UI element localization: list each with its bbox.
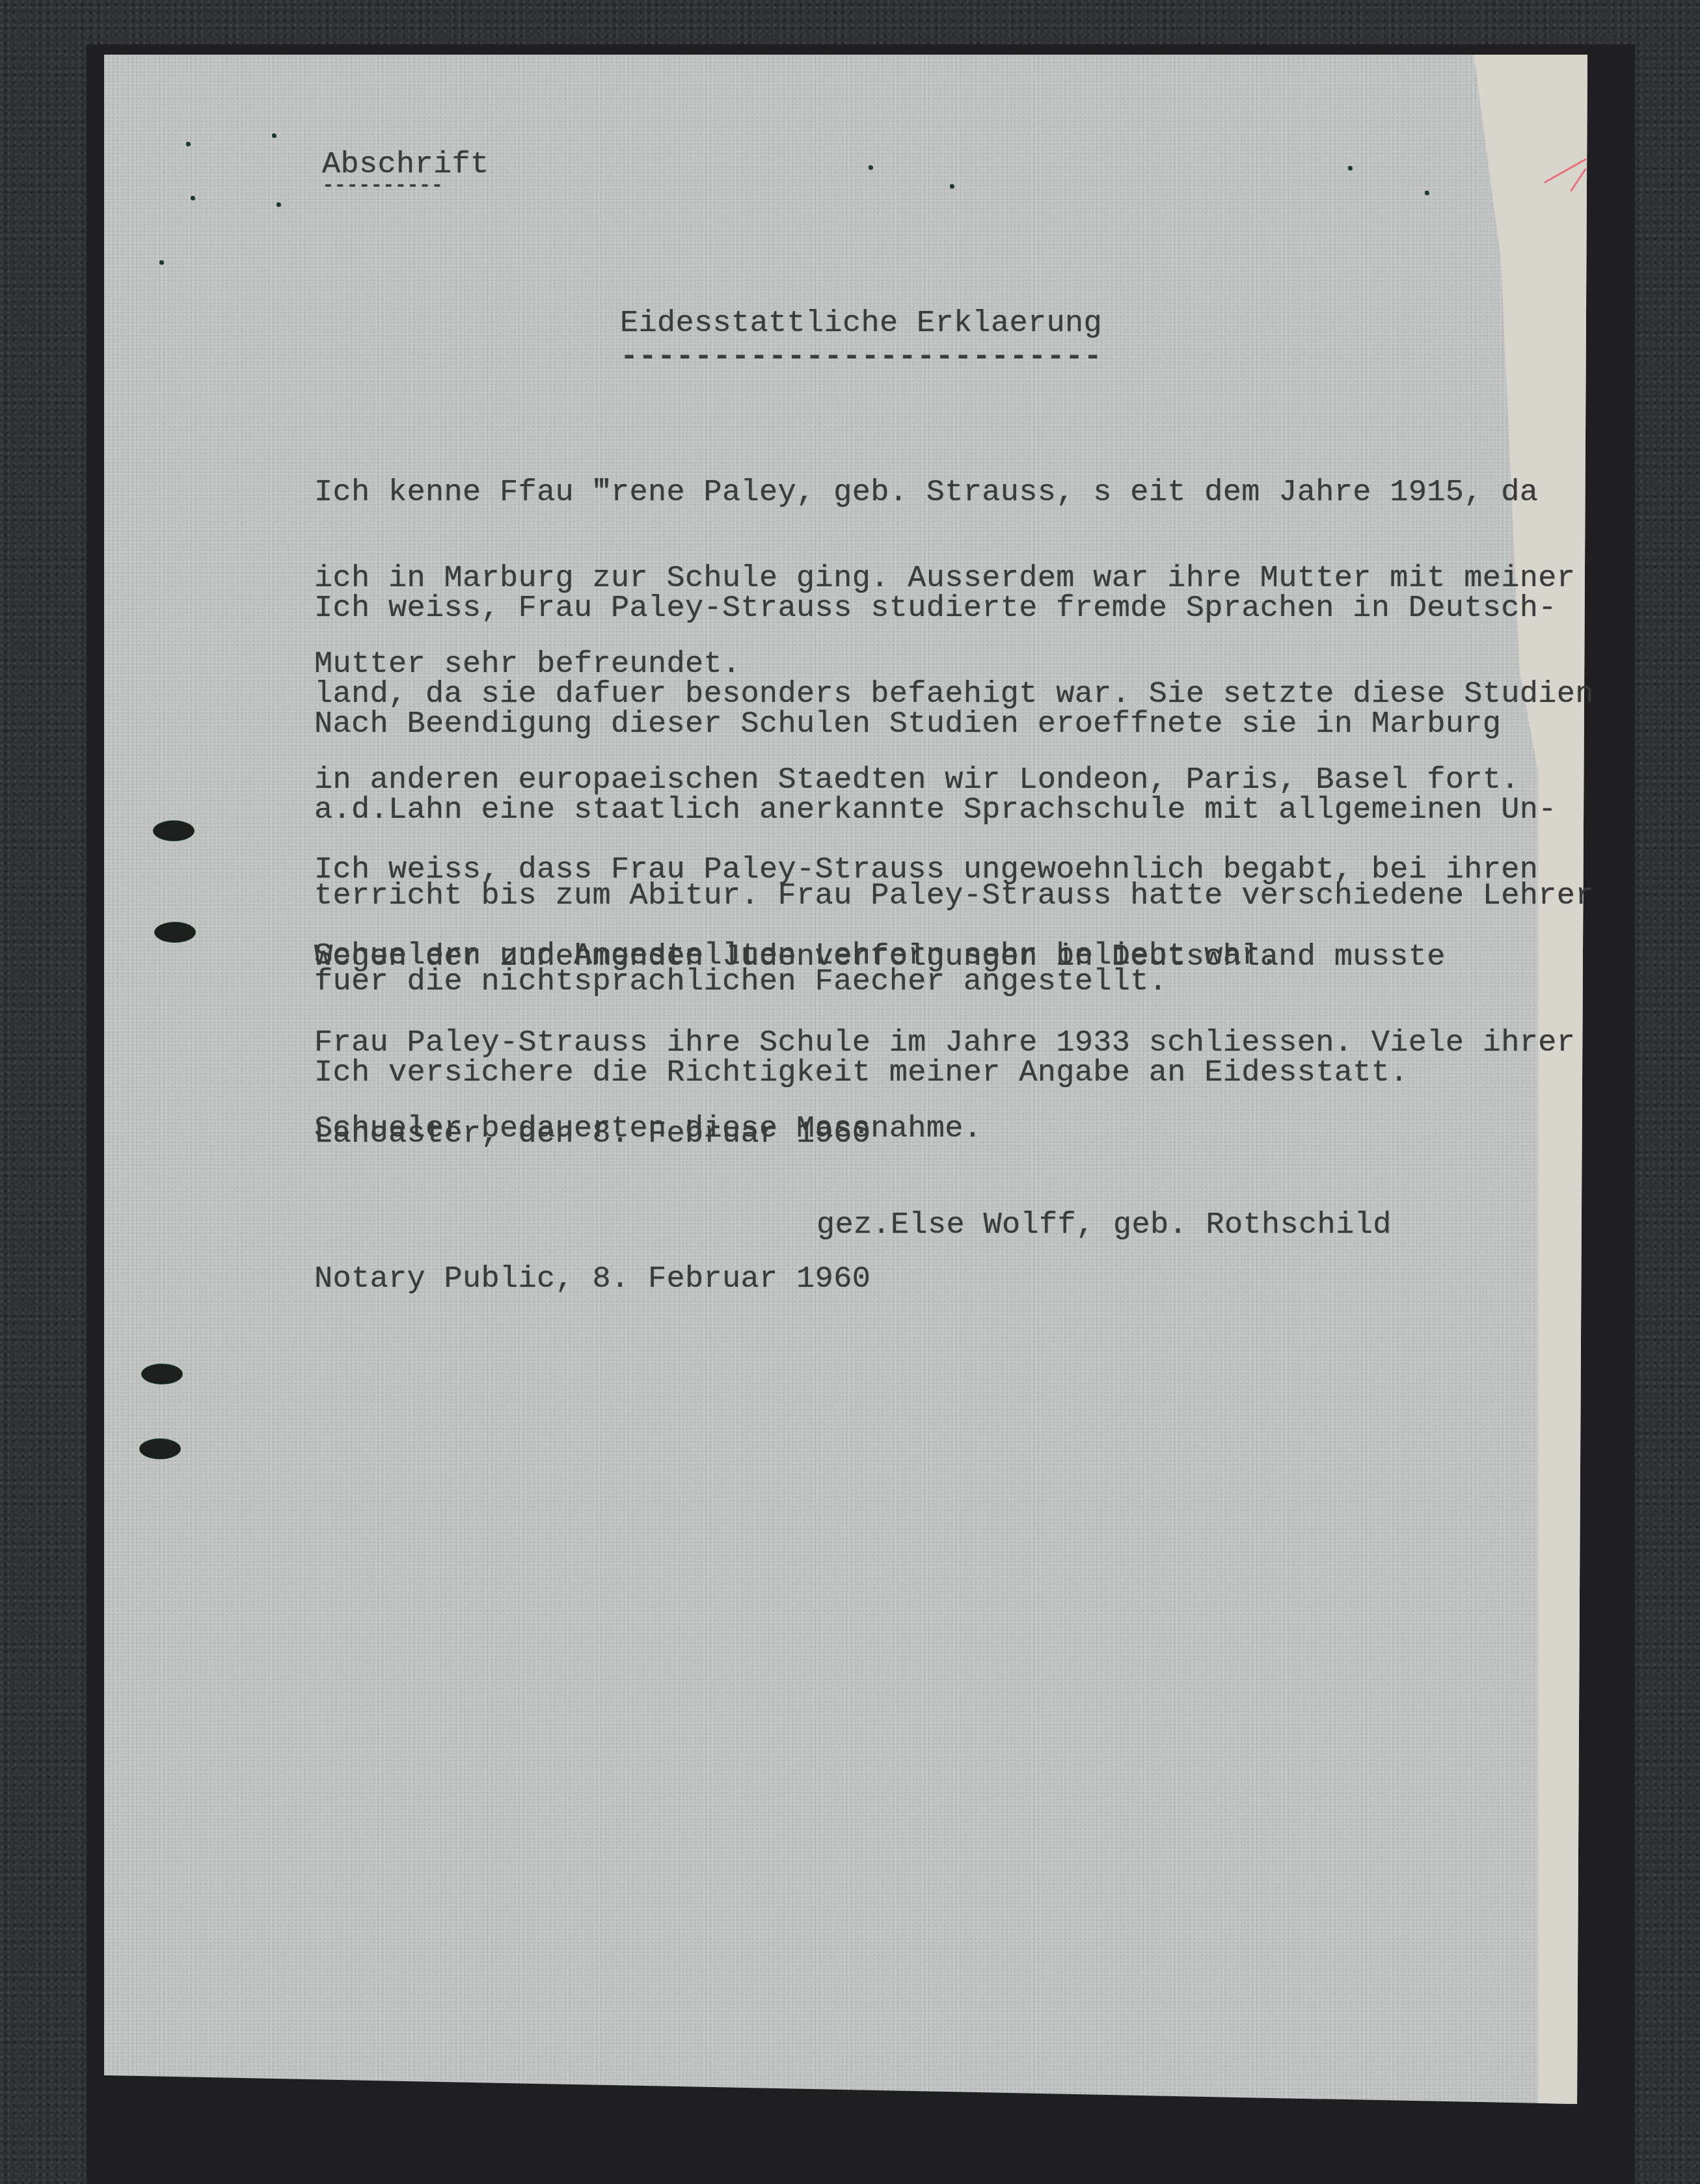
place-date: Lancaster, den 8. Februar 1960	[314, 1120, 870, 1149]
signature-line: gez.Else Wolff, geb. Rothschild	[816, 1211, 1392, 1240]
speck	[1348, 166, 1353, 170]
punch-hole	[142, 1364, 182, 1384]
page-title: Eidesstattliche Erklaerung	[620, 310, 1102, 338]
speck	[869, 165, 873, 170]
speck	[1425, 191, 1429, 195]
speck	[277, 202, 281, 207]
punch-hole	[155, 923, 195, 942]
paragraph-oath: Ich versichere die Richtigkeit meiner An…	[314, 1002, 1409, 1116]
text-line: Ich kenne Ffau ‴rene Paley, geb. Strauss…	[314, 479, 1575, 507]
text-line: Nach Beendigung dieser Schulen Studien e…	[314, 710, 1594, 739]
notary-line: Notary Public, 8. Februar 1960	[314, 1265, 870, 1294]
speck	[191, 196, 195, 200]
speck	[186, 142, 191, 146]
text-line: Ich weiss, Frau Paley-Strauss studierte …	[314, 595, 1594, 623]
punch-hole	[154, 821, 194, 841]
speck	[950, 184, 954, 189]
speck	[159, 260, 164, 265]
punch-hole	[140, 1439, 180, 1459]
text-line: Wegen der zunehmenden Judenverfolgungen …	[314, 943, 1575, 972]
text-line: Ich versichere die Richtigkeit meiner An…	[314, 1059, 1409, 1088]
text-line: Ich weiss, dass Frau Paley-Strauss ungew…	[314, 856, 1538, 885]
speck	[272, 133, 277, 138]
red-pencil-mark-icon	[1539, 146, 1587, 192]
header-underline: ----------	[322, 174, 443, 197]
title-underline: --------------------------	[620, 340, 1102, 374]
